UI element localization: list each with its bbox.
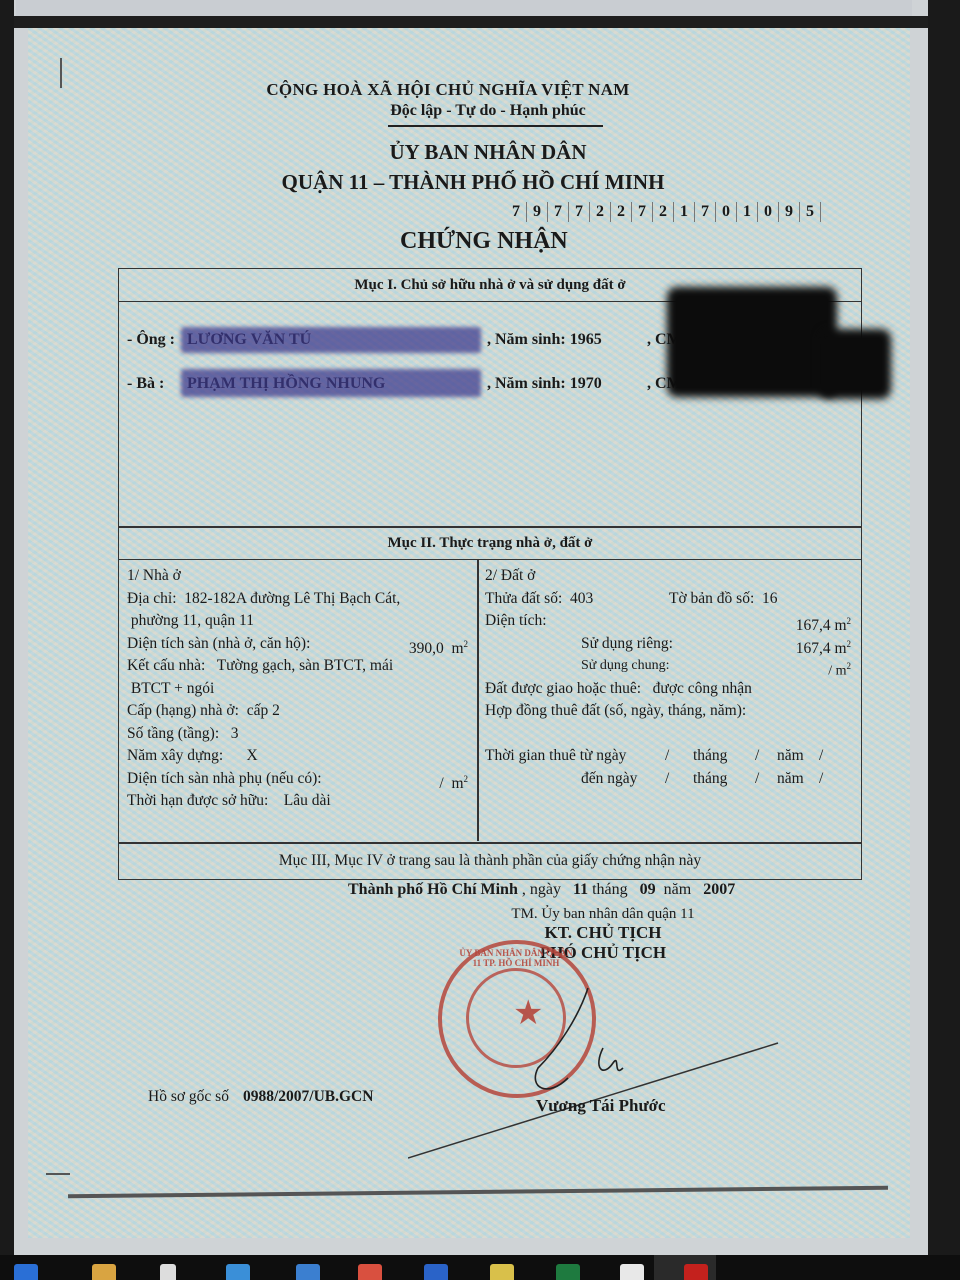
section-note-text: Mục III, Mục IV ở trang sau là thành phầ…	[119, 843, 861, 879]
issue-month: 09	[640, 881, 656, 898]
signature-strokes	[408, 968, 808, 1168]
unit-sup: 2	[464, 639, 469, 649]
parcel-label: Thửa đất số:	[485, 590, 562, 607]
7zip-icon[interactable]	[620, 1264, 644, 1280]
serial-digit: 2	[611, 202, 632, 222]
allocation-label: Đất được giao hoặc thuê:	[485, 680, 641, 697]
file-record-label: Hồ sơ gốc số	[148, 1088, 229, 1105]
serial-number: 7 9 7 7 2 2 7 2 1 7 0 1 0 9 5	[506, 202, 821, 222]
serial-digit: 7	[548, 202, 569, 222]
year-label: năm	[664, 881, 692, 898]
month-label: tháng	[592, 881, 628, 898]
acrobat-reader-icon[interactable]	[684, 1264, 708, 1280]
serial-digit: 1	[674, 202, 695, 222]
edge-icon[interactable]	[226, 1264, 250, 1280]
grade-value: cấp 2	[247, 702, 280, 719]
nation-heading: CỘNG HOÀ XÃ HỘI CHỦ NGHĨA VIỆT NAM	[148, 80, 748, 100]
serial-digit: 2	[590, 202, 611, 222]
ownership-term-label: Thời hạn được sở hữu:	[127, 792, 268, 809]
excel-icon[interactable]	[556, 1264, 580, 1280]
land-details: 2/ Đất ở Thửa đất số: 403Tờ bản đồ số: 1…	[485, 565, 855, 790]
file-explorer-icon[interactable]	[92, 1264, 116, 1280]
birth-label: , Năm sinh:	[487, 331, 566, 348]
blank-slash: /	[819, 745, 823, 768]
internet-explorer-icon[interactable]	[296, 1264, 320, 1280]
birth-label: , Năm sinh:	[487, 375, 566, 392]
section-property: Mục II. Thực trạng nhà ở, đất ở 1/ Nhà ở…	[118, 526, 862, 844]
grade-label: Cấp (hạng) nhà ở:	[127, 702, 239, 719]
private-use-label: Sử dụng riêng:	[581, 633, 673, 656]
built-year-value: X	[246, 747, 257, 764]
land-area-label: Diện tích:	[485, 612, 547, 629]
parcel-value: 403	[570, 590, 593, 607]
lease-contract-label: Hợp đồng thuê đất (số, ngày, tháng, năm)…	[485, 700, 855, 723]
address-value: phường 11, quận 11	[131, 612, 254, 629]
issue-day: 11	[573, 881, 588, 898]
serial-digit: 9	[527, 202, 548, 222]
lease-from-label: Thời gian thuê từ ngày	[485, 747, 626, 764]
section-note: Mục III, Mục IV ở trang sau là thành phầ…	[118, 842, 862, 880]
serial-digit: 7	[695, 202, 716, 222]
issue-date: Thành phố Hồ Chí Minh , ngày 11 tháng 09…	[348, 881, 735, 899]
scan-bottom-edge	[68, 1186, 888, 1199]
committee-heading: ỦY BAN NHÂN DÂN	[188, 140, 788, 165]
chrome-icon[interactable]	[358, 1264, 382, 1280]
file-record: Hồ sơ gốc số0988/2007/UB.GCN	[148, 1088, 373, 1106]
built-year-label: Năm xây dựng:	[127, 747, 223, 764]
stamp-text: ỦY BAN NHÂN DÂN QUẬN 11 TP. HỒ CHÍ MINH	[456, 948, 576, 968]
ownership-term-value: Lâu dài	[284, 792, 331, 809]
unit: m	[836, 664, 847, 679]
month-label: tháng	[693, 768, 727, 791]
serial-digit: 2	[653, 202, 674, 222]
floor-area-label: Diện tích sàn (nhà ở, căn hộ):	[127, 635, 310, 652]
floors-value: 3	[231, 725, 239, 742]
document-page: CỘNG HOÀ XÃ HỘI CHỦ NGHĨA VIỆT NAM Độc l…	[28, 28, 910, 1238]
aux-area-label: Diện tích sàn nhà phụ (nếu có):	[127, 770, 322, 787]
blank-slash: /	[755, 768, 759, 791]
map-sheet-value: 16	[762, 590, 778, 607]
house-title: 1/ Nhà ở	[127, 565, 472, 588]
owner-title: - Ông :	[127, 331, 187, 349]
serial-digit: 5	[800, 202, 821, 222]
issue-city: Thành phố Hồ Chí Minh	[348, 881, 518, 898]
scan-edge-mark	[46, 1173, 70, 1175]
unit-sup: 2	[847, 661, 852, 671]
blank-slash: /	[665, 768, 669, 791]
phone-icon[interactable]	[160, 1264, 176, 1280]
allocation-value: được công nhận	[653, 680, 752, 697]
serial-digit: 0	[758, 202, 779, 222]
map-sheet-label: Tờ bản đồ số:	[669, 590, 754, 607]
structure-value: Tường gạch, sàn BTCT, mái	[217, 657, 393, 674]
lease-to-label: đến ngày	[581, 768, 637, 791]
blank-slash: /	[755, 745, 759, 768]
district-heading: QUẬN 11 – THÀNH PHỐ HỒ CHÍ MINH	[158, 170, 788, 195]
file-record-value: 0988/2007/UB.GCN	[243, 1088, 373, 1105]
address-label: Địa chỉ:	[127, 590, 177, 607]
birth-year: 1965	[570, 331, 602, 348]
year-label: năm	[777, 745, 804, 768]
month-label: tháng	[693, 745, 727, 768]
year-label: năm	[777, 768, 804, 791]
motto-underline	[388, 125, 603, 127]
serial-digit: 1	[737, 202, 758, 222]
issue-year: 2007	[703, 881, 735, 898]
sticky-notes-icon[interactable]	[490, 1264, 514, 1280]
structure-value: BTCT + ngói	[131, 680, 214, 697]
on-behalf-line: TM. Ủy ban nhân dân quận 11	[478, 906, 728, 923]
unit-sup: 2	[847, 616, 852, 626]
column-divider	[477, 559, 479, 841]
id-redaction	[667, 287, 837, 397]
serial-digit: 7	[569, 202, 590, 222]
serial-digit: 9	[779, 202, 800, 222]
serial-digit: 7	[506, 202, 527, 222]
address-value: 182-182A đường Lê Thị Bạch Cát,	[184, 590, 400, 607]
floors-label: Số tầng (tầng):	[127, 725, 219, 742]
serial-digit: 0	[716, 202, 737, 222]
section-property-heading: Mục II. Thực trạng nhà ở, đất ở	[119, 527, 861, 560]
shared-use-label: Sử dụng chung:	[581, 655, 669, 678]
structure-label: Kết cấu nhà:	[127, 657, 205, 674]
name-redaction	[181, 327, 481, 353]
start-icon[interactable]	[14, 1264, 38, 1280]
page-gap	[14, 16, 928, 28]
unit-sup: 2	[464, 774, 469, 784]
day-label: , ngày	[522, 881, 561, 898]
motto: Độc lập - Tự do - Hạnh phúc	[188, 102, 788, 120]
birth-year: 1970	[570, 375, 602, 392]
id-redaction	[819, 329, 891, 399]
owner-title: - Bà :	[127, 375, 187, 393]
scan-edge-mark	[60, 58, 62, 88]
blank-slash: /	[665, 745, 669, 768]
shared-use-value: /	[828, 664, 832, 679]
windows-taskbar	[0, 1255, 960, 1280]
serial-digit: 7	[632, 202, 653, 222]
house-details: 1/ Nhà ở Địa chỉ: 182-182A đường Lê Thị …	[127, 565, 472, 813]
outlook-icon[interactable]	[424, 1264, 448, 1280]
signer-name: Vương Tái Phước	[536, 1096, 666, 1116]
name-redaction	[181, 369, 481, 397]
section-owners: Mục I. Chủ sở hữu nhà ở và sử dụng đất ở…	[118, 268, 862, 528]
blank-slash: /	[819, 768, 823, 791]
certificate-title: CHỨNG NHẬN	[400, 228, 568, 255]
land-title: 2/ Đất ở	[485, 565, 855, 588]
previous-page-edge	[16, 0, 912, 16]
unit-sup: 2	[847, 639, 852, 649]
